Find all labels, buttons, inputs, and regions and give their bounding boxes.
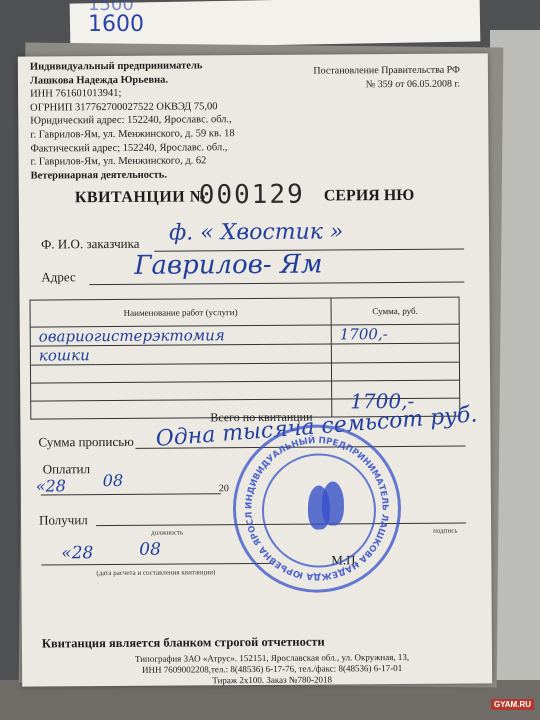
issuer-block: Индивидуальный предприниматель Лашкова Н…: [30, 59, 235, 183]
customer-value: ф. « Хвостик »: [169, 219, 343, 245]
service-name: овариогистерэктомия: [30, 325, 331, 346]
position-caption: должность: [151, 529, 183, 537]
customer-label: Ф. И.О. заказчика: [41, 236, 139, 253]
decree-line-1: Постановление Правительства РФ: [313, 64, 460, 79]
signature-caption: подпись: [433, 527, 457, 535]
issuer-name: Лашкова Надежда Юрьевна.: [30, 73, 234, 88]
paid-year-prefix: 20: [219, 483, 229, 494]
note-line-2: 1600: [88, 12, 144, 37]
received-label: Получил: [39, 512, 88, 528]
receipt-header: КВИТАНЦИИ № 000129 СЕРИЯ НЮ: [19, 178, 489, 217]
column-header-amount: Сумма, руб.: [331, 297, 459, 325]
decree-line-2: № 359 от 06.05.2008 г.: [313, 78, 460, 93]
received-date-day: «28: [61, 543, 93, 563]
receipt-series: СЕРИЯ НЮ: [324, 187, 415, 206]
receipt-title: КВИТАНЦИИ №: [75, 188, 207, 207]
handwritten-note: 1500 1600: [60, 0, 210, 45]
service-amount: [331, 362, 459, 381]
stamp-inner-ring: [262, 453, 377, 568]
service-name: кошки: [30, 344, 331, 365]
site-watermark: GYAM.RU: [491, 699, 534, 710]
service-name: [31, 381, 332, 401]
receipt: Индивидуальный предприниматель Лашкова Н…: [18, 53, 492, 686]
issuer-inn: ИНН 761601013941;: [30, 86, 234, 101]
received-date-month: 08: [139, 540, 161, 560]
issuer-actual-address-2: г. Гаврилов-Ям, ул. Менжинского, д. 62: [30, 154, 234, 169]
service-amount: [331, 343, 459, 363]
paid-line: [41, 493, 221, 495]
official-stamp: ИНДИВИДУАЛЬНЫЙ ПРЕДПРИНИМАТЕЛЬ ЛАШКОВА Н…: [232, 424, 401, 593]
strict-reporting-note: Квитанция является бланком строгой отчет…: [42, 635, 325, 652]
government-decree: Постановление Правительства РФ № 359 от …: [313, 64, 460, 93]
column-header-service: Наименование работ (услуги): [30, 298, 331, 327]
paid-label: Оплатил: [43, 461, 91, 477]
issuer-type: Индивидуальный предприниматель: [30, 59, 234, 74]
service-amount: 1700,-: [331, 324, 459, 344]
paid-date-day: «28: [36, 476, 66, 495]
amount-in-words-label: Сумма прописью: [38, 434, 133, 451]
date-caption: (дата расчета и составления квитанции): [96, 568, 215, 577]
issuer-legal-address-2: г. Гаврилов-Ям, ул. Менжинского, д. 59 к…: [30, 127, 234, 142]
receipt-number: 000129: [199, 180, 305, 211]
printer-info: Типография ЗАО «Атрус». 152151, Ярославс…: [62, 651, 482, 687]
address-label: Адрес: [41, 269, 75, 285]
service-name: [30, 363, 331, 383]
issuer-legal-address-1: Юридический адрес: 152240, Ярославс. обл…: [30, 114, 234, 129]
issuer-actual-address-1: Фактический адрес; 152240, Ярославс. обл…: [30, 141, 234, 156]
address-line: [89, 282, 464, 286]
parrot-icon: [322, 481, 344, 525]
paid-date-month: 08: [103, 471, 123, 490]
address-value: Гаврилов- Ям: [134, 250, 322, 281]
issuer-ogrnip: ОГРНИП 317762700027522 ОКВЭД 75,00: [30, 100, 234, 115]
